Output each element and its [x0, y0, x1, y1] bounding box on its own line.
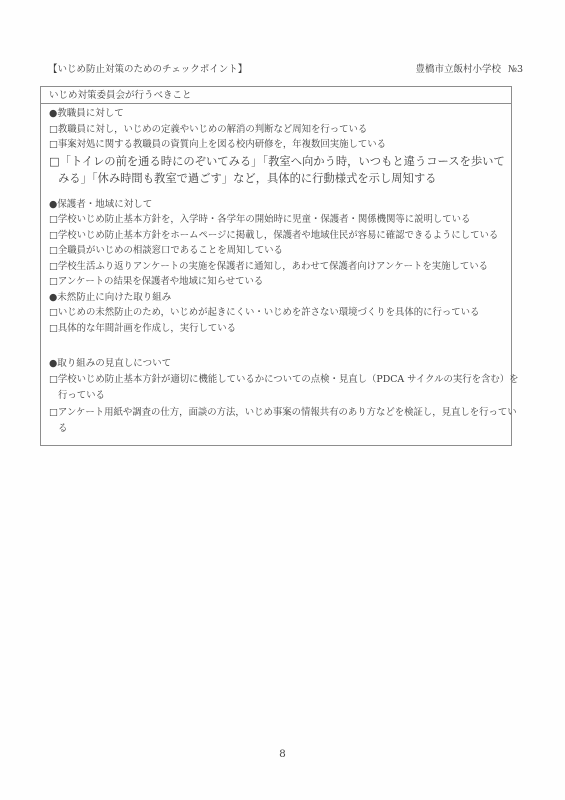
checklist-item-line: □アンケート用紙や調査の仕方，面談の方法，いじめ事案の情報共有のあり方などを検証…	[49, 405, 507, 422]
checklist-section: ●取り組みの見直しについて□学校いじめ防止基本方針が適切に機能しているかについて…	[49, 356, 507, 438]
checklist-item-line: □学校いじめ防止基本方針をホームページに掲載し，保護者や地域住民が容易に確認でき…	[49, 228, 507, 244]
checklist-item: □学校生活ふり返りアンケートの実施を保護者に通知し，あわせて保護者向けアンケート…	[49, 259, 507, 275]
checklist-item-line: □学校いじめ防止基本方針が適切に機能しているかについての点検・見直し（PDCA …	[49, 372, 507, 389]
checklist-box: いじめ対策委員会が行うべきこと ●教職員に対して□教職員に対し，いじめの定義やい…	[40, 86, 512, 446]
document-series-number: №3	[508, 63, 523, 76]
checklist-item: □事案対処に関する教職員の資質向上を図る校内研修を，年複数回実施している	[49, 137, 507, 153]
checklist-item-line: □全職員がいじめの相談窓口であることを周知している	[49, 243, 507, 259]
checklist-item-line: □具体的な年間計画を作成し，実行している	[49, 321, 507, 337]
checklist-section: ●保護者・地域に対して□学校いじめ防止基本方針を，入学時・各学年の開始時に児童・…	[49, 197, 507, 290]
checklist-item: □学校いじめ防止基本方針をホームページに掲載し，保護者や地域住民が容易に確認でき…	[49, 228, 507, 244]
checklist-item: □学校いじめ防止基本方針を，入学時・各学年の開始時に児童・保護者・関係機関等に説…	[49, 212, 507, 228]
section-heading: ●取り組みの見直しについて	[49, 356, 507, 372]
checklist-item-line: □教職員に対し，いじめの定義やいじめの解消の判断など周知を行っている	[49, 122, 507, 138]
page-footer: 8	[0, 748, 565, 760]
checklist-item: □学校いじめ防止基本方針が適切に機能しているかについての点検・見直し（PDCA …	[49, 372, 507, 405]
header-school-block: 豊橋市立飯村小学校 №3	[415, 63, 523, 76]
school-name: 豊橋市立飯村小学校	[415, 63, 501, 76]
checklist-section: ●教職員に対して□教職員に対し，いじめの定義やいじめの解消の判断など周知を行って…	[49, 106, 507, 187]
document-page: 【いじめ防止対策のためのチェックポイント】 豊橋市立飯村小学校 №3 いじめ対策…	[0, 0, 565, 800]
checklist-item-line: □アンケートの結果を保護者や地域に知らせている	[49, 274, 507, 290]
checklist-item: □「トイレの前を通る時にのぞいてみる」「教室へ向かう時，いつもと違うコースを歩い…	[49, 153, 507, 187]
checklist-item: □具体的な年間計画を作成し，実行している	[49, 321, 507, 337]
checklist-box-content: ●教職員に対して□教職員に対し，いじめの定義やいじめの解消の判断など周知を行って…	[41, 104, 511, 438]
checklist-item-line-continuation: 行っている	[49, 388, 507, 405]
section-heading: ●未然防止に向けた取り組み	[49, 290, 507, 306]
page-number: 8	[279, 748, 286, 760]
checklist-item-line: □「トイレの前を通る時にのぞいてみる」「教室へ向かう時，いつもと違うコースを歩い…	[49, 153, 507, 170]
checklist-item-line-continuation: みる」「休み時間も教室で過ごす」など，具体的に行動様式を示し周知する	[49, 170, 507, 187]
checklist-item: □アンケートの結果を保護者や地域に知らせている	[49, 274, 507, 290]
checklist-item: □全職員がいじめの相談窓口であることを周知している	[49, 243, 507, 259]
checklist-item-line: □いじめの未然防止のため，いじめが起きにくい・いじめを許さない環境づくりを具体的…	[49, 305, 507, 321]
checklist-item: □教職員に対し，いじめの定義やいじめの解消の判断など周知を行っている	[49, 122, 507, 138]
header-title: 【いじめ防止対策のためのチェックポイント】	[48, 63, 247, 76]
checklist-item-line: □事案対処に関する教職員の資質向上を図る校内研修を，年複数回実施している	[49, 137, 507, 153]
checklist-box-title: いじめ対策委員会が行うべきこと	[41, 87, 511, 104]
checklist-item-line-continuation: る	[49, 421, 507, 438]
checklist-item-line: □学校生活ふり返りアンケートの実施を保護者に通知し，あわせて保護者向けアンケート…	[49, 259, 507, 275]
checklist-item: □アンケート用紙や調査の仕方，面談の方法，いじめ事案の情報共有のあり方などを検証…	[49, 405, 507, 438]
section-heading: ●保護者・地域に対して	[49, 197, 507, 213]
section-heading: ●教職員に対して	[49, 106, 507, 122]
checklist-item-line: □学校いじめ防止基本方針を，入学時・各学年の開始時に児童・保護者・関係機関等に説…	[49, 212, 507, 228]
document-header: 【いじめ防止対策のためのチェックポイント】 豊橋市立飯村小学校 №3	[48, 63, 523, 76]
checklist-section: ●未然防止に向けた取り組み□いじめの未然防止のため，いじめが起きにくい・いじめを…	[49, 290, 507, 337]
checklist-item: □いじめの未然防止のため，いじめが起きにくい・いじめを許さない環境づくりを具体的…	[49, 305, 507, 321]
